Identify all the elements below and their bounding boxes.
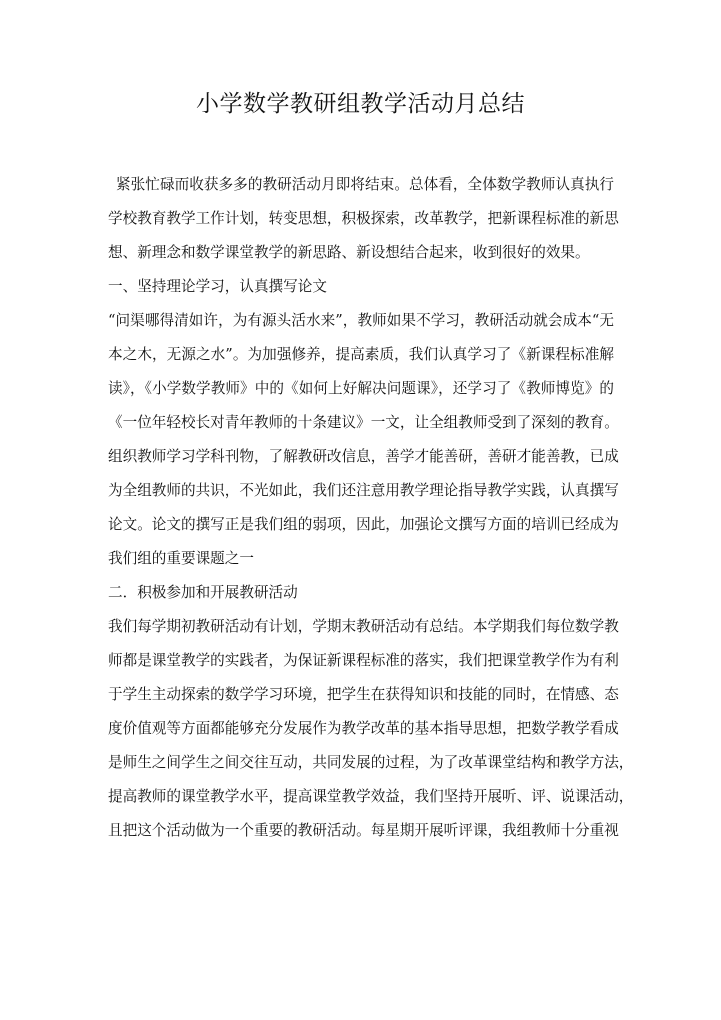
paragraph-line: 紧张忙碌而收获多多的教研活动月即将结束。总体看，全体数学教师认真执行 bbox=[108, 168, 614, 202]
paragraph-line: 学校教育教学工作计划，转变思想，积极探索，改革教学，把新课程标准的新思 bbox=[108, 202, 614, 236]
document-title: 小学数学教研组教学活动月总结 bbox=[0, 88, 721, 120]
paragraph-line: 组织教师学习学科刊物，了解教研改信息，善学才能善研，善研才能善教，已成 bbox=[108, 440, 614, 474]
section-heading-1: 一、坚持理论学习，认真撰写论文 bbox=[108, 270, 614, 304]
section-heading-2: 二．积极参加和开展教研活动 bbox=[108, 576, 614, 610]
paragraph-line: 为全组教师的共识，不光如此，我们还注意用教学理论指导教学实践，认真撰写 bbox=[108, 474, 614, 508]
paragraph-line: 我们组的重要课题之一 bbox=[108, 542, 614, 576]
paragraph-line: 度价值观等方面都能够充分发展作为教学改革的基本指导思想，把数学教学看成 bbox=[108, 712, 614, 746]
paragraph-line: 论文。论文的撰写正是我们组的弱项，因此，加强论文撰写方面的培训已经成为 bbox=[108, 508, 614, 542]
paragraph-line: 本之木，无源之水”。为加强修养，提高素质，我们认真学习了《新课程标准解 bbox=[108, 338, 614, 372]
paragraph-line: 是师生之间学生之间交往互动，共同发展的过程，为了改革课堂结构和教学方法， bbox=[108, 746, 614, 780]
paragraph-line: 我们每学期初教研活动有计划，学期末教研活动有总结。本学期我们每位数学教 bbox=[108, 610, 614, 644]
paragraph-line: 读》，《小学数学教师》中的《如何上好解决问题课》，还学习了《教师博览》的 bbox=[108, 372, 614, 406]
paragraph-line: 且把这个活动做为一个重要的教研活动。每星期开展听评课，我组教师十分重视 bbox=[108, 814, 614, 848]
document-body: 紧张忙碌而收获多多的教研活动月即将结束。总体看，全体数学教师认真执行 学校教育教… bbox=[108, 168, 614, 848]
paragraph-line: 师都是课堂教学的实践者，为保证新课程标准的落实，我们把课堂教学作为有利 bbox=[108, 644, 614, 678]
document-page: 小学数学教研组教学活动月总结 紧张忙碌而收获多多的教研活动月即将结束。总体看，全… bbox=[0, 0, 721, 1020]
paragraph-line: 《一位年轻校长对青年教师的十条建议》一文，让全组教师受到了深刻的教育。 bbox=[108, 406, 614, 440]
paragraph-line: 想、新理念和数学课堂教学的新思路、新设想结合起来，收到很好的效果。 bbox=[108, 236, 614, 270]
paragraph-line: 提高教师的课堂教学水平，提高课堂教学效益，我们坚持开展听、评、说课活动， bbox=[108, 780, 614, 814]
paragraph-line: 于学生主动探索的数学学习环境，把学生在获得知识和技能的同时，在情感、态 bbox=[108, 678, 614, 712]
paragraph-line: “问渠哪得清如许，为有源头活水来”，教师如果不学习，教研活动就会成本“无 bbox=[108, 304, 614, 338]
